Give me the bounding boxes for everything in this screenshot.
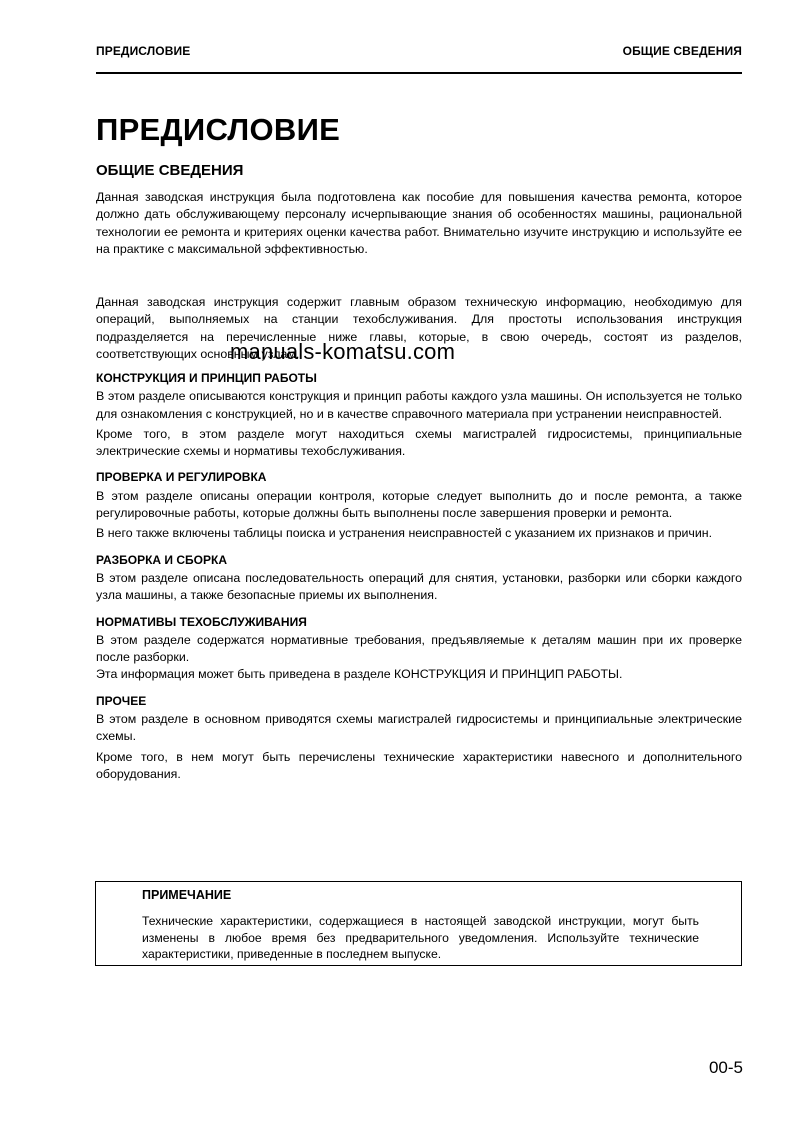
note-box: ПРИМЕЧАНИЕ Технические характеристики, с… — [95, 881, 742, 966]
section-title: ОБЩИЕ СВЕДЕНИЯ — [96, 162, 243, 179]
intro-paragraph-1: Данная заводская инструкция была подгото… — [96, 189, 742, 258]
subsection-text: Эта информация может быть приведена в ра… — [96, 666, 742, 683]
note-title: ПРИМЕЧАНИЕ — [142, 888, 231, 902]
subsection-text: В этом разделе содержатся нормативные тр… — [96, 632, 742, 667]
chapter-list: КОНСТРУКЦИЯ И ПРИНЦИП РАБОТЫ В этом разд… — [96, 370, 742, 792]
page-title: ПРЕДИСЛОВИЕ — [96, 112, 340, 148]
subsection-text: Кроме того, в нем могут быть перечислены… — [96, 749, 742, 784]
subsection-other: ПРОЧЕЕ В этом разделе в основном приводя… — [96, 693, 742, 783]
header-section: ОБЩИЕ СВЕДЕНИЯ — [623, 44, 742, 58]
running-header: ПРЕДИСЛОВИЕ ОБЩИЕ СВЕДЕНИЯ — [96, 44, 742, 58]
subsection-text: В этом разделе описана последовательност… — [96, 570, 742, 605]
subsection-text: В этом разделе в основном приводятся схе… — [96, 711, 742, 746]
header-chapter: ПРЕДИСЛОВИЕ — [96, 44, 190, 58]
subsection-disassembly: РАЗБОРКА И СБОРКА В этом разделе описана… — [96, 552, 742, 605]
watermark: manuals-komatsu.com — [230, 339, 455, 365]
subsection-text: В этом разделе описываются конструкция и… — [96, 388, 742, 423]
note-text: Технические характеристики, содержащиеся… — [142, 913, 699, 963]
subsection-construction: КОНСТРУКЦИЯ И ПРИНЦИП РАБОТЫ В этом разд… — [96, 370, 742, 460]
subsection-heading: КОНСТРУКЦИЯ И ПРИНЦИП РАБОТЫ — [96, 370, 742, 387]
subsection-heading: РАЗБОРКА И СБОРКА — [96, 552, 742, 569]
header-rule — [96, 72, 742, 74]
subsection-heading: НОРМАТИВЫ ТЕХОБСЛУЖИВАНИЯ — [96, 614, 742, 631]
subsection-heading: ПРОЧЕЕ — [96, 693, 742, 710]
subsection-heading: ПРОВЕРКА И РЕГУЛИРОВКА — [96, 469, 742, 486]
subsection-text: В него также включены таблицы поиска и у… — [96, 525, 742, 542]
subsection-maintenance-standards: НОРМАТИВЫ ТЕХОБСЛУЖИВАНИЯ В этом разделе… — [96, 614, 742, 684]
page-number: 00-5 — [709, 1058, 743, 1078]
subsection-text: Кроме того, в этом разделе могут находит… — [96, 426, 742, 461]
subsection-inspection: ПРОВЕРКА И РЕГУЛИРОВКА В этом разделе оп… — [96, 469, 742, 542]
intro-text: Данная заводская инструкция была подгото… — [96, 189, 742, 258]
subsection-text: В этом разделе описаны операции контроля… — [96, 488, 742, 523]
